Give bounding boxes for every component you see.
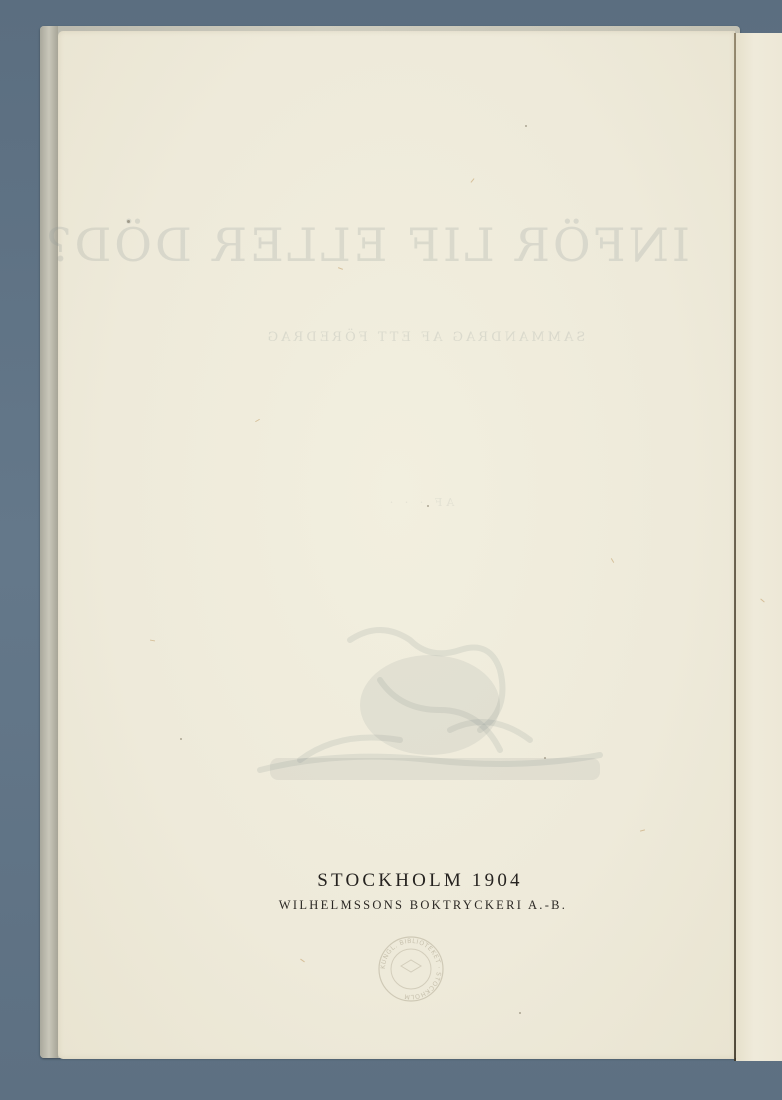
paper-speck bbox=[544, 757, 546, 759]
library-stamp-icon: KUNGL. BIBLIOTEKET · STOCKHOLM bbox=[376, 934, 446, 1004]
bleed-through-vignette-icon bbox=[240, 610, 620, 800]
stamp-text: KUNGL. BIBLIOTEKET · STOCKHOLM bbox=[380, 938, 442, 1000]
paper-speck bbox=[427, 505, 429, 507]
bleed-through-subtitle: SAMMANDRAG AF ETT FÖREDRAG bbox=[190, 330, 660, 345]
paper-speck bbox=[525, 125, 527, 127]
svg-text:KUNGL. BIBLIOTEKET · STOCKHOLM: KUNGL. BIBLIOTEKET · STOCKHOLM bbox=[380, 938, 442, 1000]
paper-speck bbox=[127, 220, 130, 223]
bleed-through-title: INFÖR LIF ELLER DÖD? bbox=[130, 218, 690, 272]
paper-speck bbox=[519, 1012, 521, 1014]
imprint-printer: WILHELMSSONS BOKTRYCKERI A.-B. bbox=[0, 898, 782, 913]
imprint-city-year: STOCKHOLM 1904 bbox=[0, 870, 782, 892]
paper-speck bbox=[180, 738, 182, 740]
bleed-through-author: AF · · · bbox=[320, 496, 520, 509]
